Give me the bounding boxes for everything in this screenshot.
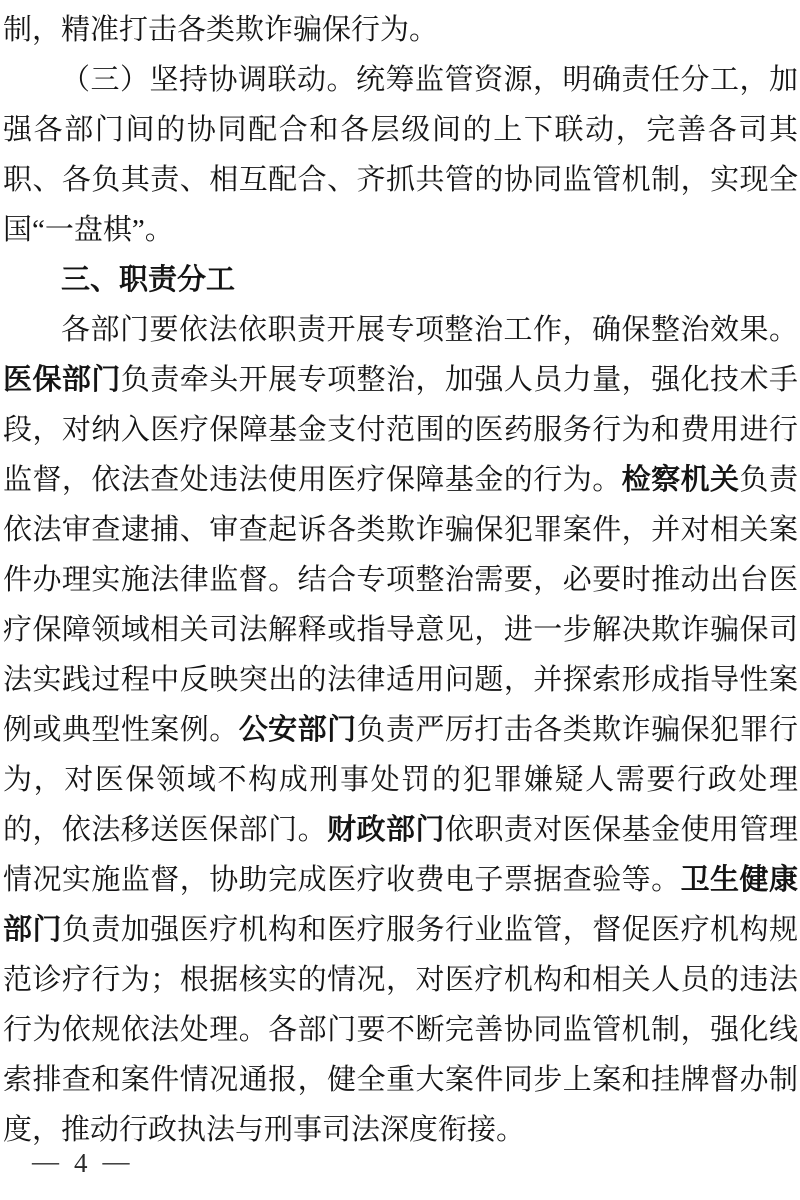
footer-dash-right: — [103,1146,130,1177]
body-text: 制，精准打击各类欺诈骗保行为。 [3,14,438,46]
emphasis-text: 医保部门 [3,364,121,396]
paragraph: （三）坚持协调联动。统筹监管资源，明确责任分工，加强各部门间的协同配合和各层级间… [3,55,798,255]
page-number: 4 [74,1148,88,1179]
body-text: （三）坚持协调联动。统筹监管资源，明确责任分工，加强各部门间的协同配合和各层级间… [3,64,798,246]
body-text: 负责加强医疗机构和医疗服务行业监管，督促医疗机构规范诊疗行为；根据核实的情况，对… [3,914,798,1146]
paragraph: 制，精准打击各类欺诈骗保行为。 [3,5,798,55]
paragraph: 各部门要依法依职责开展专项整治工作，确保整治效果。医保部门负责牵头开展专项整治，… [3,305,798,1155]
document-body: 制，精准打击各类欺诈骗保行为。（三）坚持协调联动。统筹监管资源，明确责任分工，加… [0,0,800,1155]
emphasis-text: 财政部门 [327,814,445,846]
body-text: 各部门要依法依职责开展专项整治工作，确保整治效果。 [61,314,798,346]
emphasis-text: 三、职责分工 [61,264,235,296]
footer-dash-left: — [32,1146,59,1177]
emphasis-text: 公安部门 [239,714,357,746]
document-page: 制，精准打击各类欺诈骗保行为。（三）坚持协调联动。统筹监管资源，明确责任分工，加… [0,0,800,1200]
emphasis-text: 检察机关 [622,464,740,496]
section-heading: 三、职责分工 [3,255,798,305]
page-footer: — 4 — [32,1148,130,1179]
body-text: 负责依法审查逮捕、审查起诉各类欺诈骗保犯罪案件，并对相关案件办理实施法律监督。结… [3,464,798,746]
